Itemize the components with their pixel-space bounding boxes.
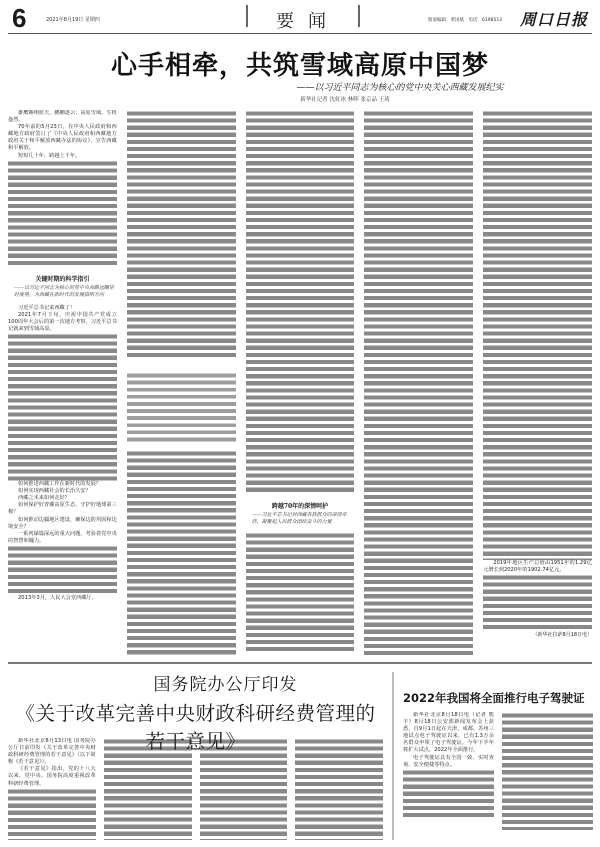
paragraph: 2021年7月下旬，庆祝中国共产党成立100周年大会后的第一次地方考察，习近平总… (8, 312, 117, 333)
section-deck: ——习近平总书记对西藏各族群众的深情牵挂，凝聚起人民群众团结奋斗的力量 (246, 512, 355, 526)
section-title: 要闻 (276, 7, 340, 33)
column-3: 跨越70年的深情呵护 ——习近平总书记对西藏各族群众的深情牵挂，凝聚起人民群众团… (246, 110, 355, 658)
column-1: 雄鹰翱翔蓝天，鹏鹏逐云；高原雪域，生机盎然。 70年前的5月23日，在中央人民政… (8, 110, 117, 658)
column-4 (364, 110, 473, 658)
story-research-funding: 国务院办公厅印发 《关于改革完善中央财政科研经费管理的若干意见》 新华社北京8月… (8, 670, 383, 840)
body-text (8, 788, 96, 840)
section-deck: ——以习近平同志为核心的党中央高瞻远瞩审时度势，为西藏在新时代的发展指明方向 (8, 285, 117, 299)
section-subhead: 关键时期的科学指引 (8, 274, 117, 283)
paragraph: 一系列谋篇深远的重大问题，考验着党中央的智慧和魄力。 (8, 531, 117, 545)
column (295, 738, 383, 840)
paragraph: 2013年3月，人民大会堂西藏厅。 (8, 595, 117, 602)
paragraph: 短短几十年，跨越上千年。 (8, 153, 117, 160)
divider (246, 5, 248, 27)
section-subhead: 跨越70年的深情呵护 (246, 501, 355, 510)
body-text (246, 110, 355, 495)
column-2 (127, 110, 236, 658)
story3-headline: 2022年我国将全面推行电子驾驶证 (403, 690, 593, 706)
issue-date: 2021年8月19日 星期四 (46, 16, 100, 23)
section-divider (8, 662, 592, 664)
body-text (502, 712, 593, 830)
body-text (483, 574, 592, 629)
column: 新华社北京8月18日电（记者 熊丰）8月18日公安部新闻发布会上获悉，自9月1日… (403, 712, 494, 840)
paragraph: 雄鹰翱翔蓝天，鹏鹏逐云；高原雪域，生机盎然。 (8, 110, 117, 124)
paragraph: 电子驾驶证具有全国一致、实时查询、安全便捷等特点。 (403, 755, 494, 769)
story-e-driving-license: 2022年我国将全面推行电子驾驶证 新华社北京8月18日电（记者 熊丰）8月18… (403, 690, 593, 840)
body-text (246, 532, 355, 652)
paragraph: 习近平总书记来西藏了！ (8, 305, 117, 312)
story2-kicker: 国务院办公厅印发 (68, 670, 383, 695)
newspaper-logo: 周口日报 (520, 7, 588, 30)
divider (358, 5, 360, 27)
question: 如何保护好青藏高原生态，守护好地球第三极？ (8, 502, 117, 516)
paragraph: 2019年地区生产总值由1951年的1.29亿元增长到2020年的1902.74… (483, 560, 592, 574)
paragraph: 70年前的5月23日，在中央人民政府和西藏地方政府签订了《中央人民政府和西藏地方… (8, 124, 117, 152)
lead-article-body: 雄鹰翱翔蓝天，鹏鹏逐云；高原雪域，生机盎然。 70年前的5月23日，在中央人民政… (8, 110, 592, 658)
body-text (483, 110, 592, 560)
masthead: 6 2021年8月19日 星期四 要闻 版面编辑：黄国斌 电话：6198513 … (8, 0, 592, 34)
body-text (127, 110, 236, 360)
body-text (8, 160, 117, 268)
paragraph: 《若干意见》指出，党的十八大以来，党中央、国务院高度重视改革科研经费管理。 (8, 766, 96, 787)
editor-info: 版面编辑：黄国斌 电话：6198513 (428, 17, 502, 23)
column (200, 738, 288, 840)
story2-body: 新华社北京8月13日电 国务院办公厅日前印发《关于改革完善中央财政科研经费管理的… (8, 738, 383, 840)
lead-headline: 心手相牵，共筑雪域高原中国梦 (0, 45, 600, 82)
column: 新华社北京8月13日电 国务院办公厅日前印发《关于改革完善中央财政科研经费管理的… (8, 738, 96, 840)
body-text (127, 372, 236, 442)
paragraph: 新华社北京8月13日电 国务院办公厅日前印发《关于改革完善中央财政科研经费管理的… (8, 738, 96, 766)
story3-body: 新华社北京8月18日电（记者 熊丰）8月18日公安部新闻发布会上获悉，自9月1日… (403, 712, 593, 840)
column (502, 712, 593, 840)
column (104, 738, 192, 840)
body-text (127, 450, 236, 655)
dateline-signoff: （新华社拉萨8月18日电） (483, 631, 592, 638)
lead-byline: 新华社记者 沈虹冰 林晖 张京品 王琦 (0, 95, 600, 103)
body-text (295, 738, 383, 840)
column-divider (392, 672, 394, 840)
body-text (200, 738, 288, 840)
column-5: 2019年地区生产总值由1951年的1.29亿元增长到2020年的1902.74… (483, 110, 592, 658)
paragraph: 新华社北京8月18日电（记者 熊丰）8月18日公安部新闻发布会上获悉，自9月1日… (403, 712, 494, 755)
body-text (364, 110, 473, 658)
body-text (8, 545, 117, 595)
body-text (403, 769, 494, 819)
page-number: 6 (12, 3, 26, 34)
lead-subtitle: ——以习近平同志为核心的党中央关心西藏发展纪实 (0, 80, 600, 93)
question: 如何推动边疆地区建设，确保边防巩固和边境安全？ (8, 517, 117, 531)
body-text (104, 738, 192, 840)
body-text (8, 333, 117, 481)
